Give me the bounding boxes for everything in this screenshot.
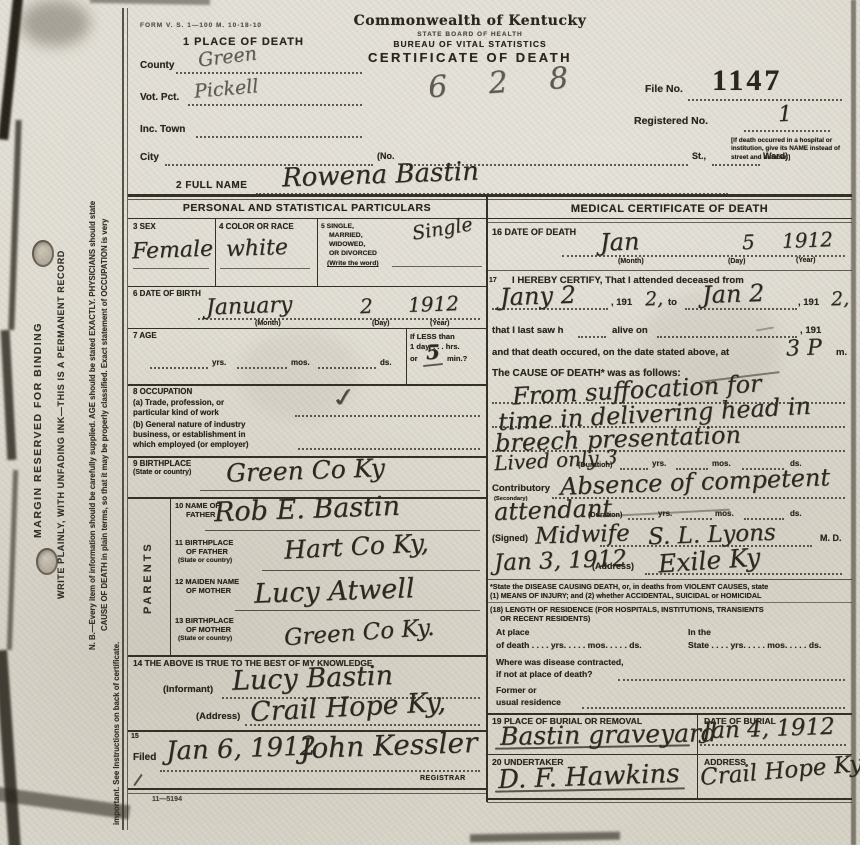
dod-day-sublabel: (Day): [728, 258, 746, 266]
age-yrs-unit: yrs.: [212, 359, 226, 368]
marital-label-2: MARRIED,: [329, 232, 363, 239]
attended-from-year-print: , 191: [611, 298, 632, 308]
row-border: [128, 384, 487, 386]
race-value: white: [226, 237, 289, 261]
former-write-line: [582, 707, 845, 709]
mother-write-line: [235, 610, 480, 611]
cause-footnote-2: (1) MEANS OF INJURY; and (2) whether ACC…: [490, 592, 761, 600]
attended-to-label: to: [668, 298, 677, 308]
race-write-line: [220, 268, 310, 269]
duration2-mos-line: [682, 518, 712, 520]
duration-label-1: (Duration): [578, 461, 612, 469]
attended-from-year-digit: 2,: [645, 290, 664, 310]
age-label: 7 AGE: [133, 332, 157, 341]
mother-birthplace-sublabel: (State or country): [178, 635, 232, 642]
inc-town-label: Inc. Town: [140, 124, 185, 135]
sex-write-line: [133, 268, 209, 269]
filed-section-number: 15: [131, 733, 139, 741]
personal-section-title: PERSONAL AND STATISTICAL PARTICULARS: [128, 203, 486, 215]
bottom-border: [487, 802, 852, 803]
row-border: [128, 793, 487, 794]
death-occured-statement: and that death occured, on the date stat…: [492, 348, 729, 359]
file-no-write-line: [688, 99, 842, 101]
informant-address-write-line: [245, 724, 480, 726]
precinct-write-line: [188, 104, 362, 106]
section-title-rule: [128, 218, 852, 219]
informant-label: (Informant): [163, 685, 213, 695]
age-less-value: 5: [426, 342, 441, 362]
father-name-value: Rob E. Bastin: [214, 493, 401, 526]
filed-date-value: Jan 6, 1912: [166, 733, 317, 764]
registered-no-label: Registered No.: [634, 116, 708, 128]
burial-date-write-line: [700, 744, 846, 746]
occupation-a-label-2: particular kind of work: [133, 409, 219, 418]
row-border: [487, 602, 852, 603]
father-birthplace-label-2: OF FATHER: [186, 548, 228, 556]
father-birthplace-write-line: [262, 570, 480, 571]
cell-border: [317, 219, 318, 286]
row-border: [487, 754, 852, 755]
informant-address-label: (Address): [196, 712, 240, 722]
row-border: [487, 270, 852, 271]
in-the-label-1: In the: [688, 628, 711, 637]
cell-border: [406, 328, 407, 384]
precinct-label: Vot. Pct.: [140, 92, 179, 103]
county-label: County: [140, 60, 174, 71]
city-label: City: [140, 152, 159, 163]
birthplace-value: Green Co Ky: [226, 455, 386, 486]
dob-label: 6 DATE OF BIRTH: [133, 290, 201, 299]
hospital-note: [If death occurred in a hospital or inst…: [731, 137, 849, 162]
bottom-border-heavy: [487, 798, 852, 800]
last-saw-gap-line: [578, 336, 606, 338]
attended-to-year-digit: 2,: [831, 290, 850, 310]
date-of-death-month: Jan: [600, 229, 640, 254]
age-ds-unit: ds.: [380, 359, 392, 368]
death-time-value: 3 P: [786, 337, 823, 360]
last-saw-label-1: that I last saw h: [492, 326, 563, 337]
margin-write-plainly-note: WRITE PLAINLY, WITH UNFADING INK—THIS IS…: [56, 70, 66, 780]
occupation-b-label-2: business, or establishment in: [133, 431, 245, 440]
residence-label-1: (18) LENGTH OF RESIDENCE (FOR HOSPITALS,…: [490, 606, 764, 614]
occupation-a-write-line: [295, 415, 480, 417]
city-ward-write-line: [712, 164, 760, 166]
residence-label-2: OR RECENT RESIDENTS): [500, 615, 590, 623]
former-label-2: usual residence: [496, 698, 561, 707]
occupation-a-label-1: (a) Trade, profession, or: [133, 399, 224, 408]
attended-to-year-print: , 191: [798, 298, 819, 308]
header-divider: [128, 194, 852, 197]
duration2-yrs-line: [628, 518, 654, 520]
inc-town-write-line: [196, 136, 362, 138]
attended-from-value: Jany 2: [500, 283, 577, 310]
margin-nb-note-line3: important. See Instructions on back of c…: [112, 25, 121, 825]
city-st-label: St.,: [692, 152, 706, 162]
certify-section-number: 17: [489, 277, 497, 285]
age-mos-line: [237, 367, 287, 369]
row-border-heavy: [128, 788, 487, 790]
header-divider: [128, 199, 852, 200]
dob-month-value: January: [206, 295, 293, 320]
birthplace-label: 9 BIRTHPLACE: [133, 460, 191, 469]
dob-month-sublabel: (Month): [255, 320, 281, 328]
contracted-label-2: if not at place of death?: [496, 670, 592, 679]
contracted-label-1: Where was disease contracted,: [496, 658, 624, 667]
at-place-label-1: At place: [496, 628, 529, 637]
section-title-rule2: [487, 222, 852, 223]
in-the-label-2: State . . . . yrs. . . . . mos. . . . . …: [688, 641, 821, 650]
mother-birthplace-label-1: 13 BIRTHPLACE: [175, 617, 234, 625]
registrar-signature: John Kessler: [300, 729, 478, 763]
last-saw-write-line: [657, 336, 797, 338]
occupation-b-write-line: [298, 448, 480, 450]
father-birthplace-label-1: 11 BIRTHPLACE: [175, 539, 233, 547]
date-of-death-year: 1912: [782, 229, 834, 251]
parents-cell-border: [170, 497, 171, 655]
contributory-label: Contributory: [492, 484, 550, 495]
filed-write-line: [160, 770, 480, 772]
bureau-heading: BUREAU OF VITAL STATISTICS: [320, 40, 620, 49]
dod-year-sublabel: (Year): [796, 257, 815, 265]
occupation-b-label-3: which employed (or employer): [133, 441, 249, 450]
mother-birthplace-label-2: OF MOTHER: [186, 626, 231, 634]
birthplace-sublabel: (State or country): [133, 469, 191, 477]
row-border: [128, 286, 487, 287]
parents-label: PARENTS: [142, 510, 154, 645]
age-yrs-line: [150, 367, 208, 369]
signed-address-value: Exile Ky: [657, 544, 761, 576]
race-label: 4 COLOR OR RACE: [219, 223, 294, 232]
marital-label-5: (Write the word): [327, 260, 379, 267]
registered-no-write-line: [744, 130, 830, 132]
date-of-death-day: 5: [742, 232, 755, 252]
occupation-a-value: ✓: [329, 384, 359, 413]
dob-day-value: 2: [360, 296, 373, 316]
dob-year-value: 1912: [408, 293, 460, 315]
marital-write-line: [392, 266, 482, 267]
mother-name-value: Lucy Atwell: [254, 575, 415, 608]
file-no-label: File No.: [645, 84, 683, 96]
margin-nb-note-line2: CAUSE OF DEATH in plain terms, so that i…: [100, 25, 109, 825]
sex-label: 3 SEX: [133, 223, 156, 232]
occupation-label: 8 OCCUPATION: [133, 388, 192, 397]
commonwealth-heading: Commonwealth of Kentucky: [320, 14, 620, 29]
registrar-label: REGISTRAR: [420, 775, 466, 783]
signed-address-label: (Address): [592, 562, 634, 572]
occupation-b-label-1: (b) General nature of industry: [133, 421, 245, 430]
former-label-1: Former or: [496, 686, 537, 695]
father-birthplace-value: Hart Co Ky,: [283, 530, 429, 563]
file-no-value: 1147: [712, 64, 782, 97]
duration2-ds-unit: ds.: [790, 510, 802, 519]
scan-right-edge: [851, 0, 856, 845]
dob-day-sublabel: (Day): [372, 320, 390, 328]
marital-label-4: OR DIVORCED: [329, 250, 377, 257]
full-name-label: 2 FULL NAME: [176, 180, 247, 191]
age-ds-line: [318, 367, 376, 369]
row-border: [487, 579, 852, 580]
dod-month-sublabel: (Month): [618, 258, 644, 266]
row-border-heavy: [128, 655, 487, 657]
margin-nb-note-line1: N. B.—Every item of information should b…: [88, 25, 97, 825]
scan-stain: [20, 0, 90, 46]
scanned-death-certificate: MARGIN RESERVED FOR BINDING WRITE PLAINL…: [0, 0, 860, 845]
county-write-line: [176, 72, 362, 74]
signed-address-write-line: [645, 573, 842, 575]
death-time-m-label: m.: [836, 348, 847, 359]
row-border: [128, 328, 487, 329]
medical-section-title: MEDICAL CERTIFICATE OF DEATH: [487, 203, 852, 215]
burial-date-value: Jan 4, 1912: [702, 716, 836, 744]
margin-binding-note: MARGIN RESERVED FOR BINDING: [32, 150, 44, 710]
duration1-yrs-unit: yrs.: [652, 460, 666, 469]
father-write-line: [205, 530, 480, 531]
state-board-heading: STATE BOARD OF HEALTH: [320, 31, 620, 38]
signed-label: (Signed): [492, 534, 528, 544]
cell-border: [215, 219, 216, 286]
form-left-border: [127, 8, 128, 830]
at-place-label-2: of death . . . . yrs. . . . . mos. . . .…: [496, 641, 642, 650]
attended-to-value: Jan 2: [702, 281, 765, 307]
date-of-death-label: 16 DATE OF DEATH: [492, 228, 576, 238]
md-label: M. D.: [820, 534, 842, 544]
dob-year-sublabel: (Year): [430, 320, 449, 328]
sex-value: Female: [132, 239, 214, 264]
mother-name-label-2: OF MOTHER: [186, 587, 231, 595]
birthplace-write-line: [200, 490, 480, 491]
contracted-write-line: [618, 679, 845, 681]
last-saw-label-2: alive on: [612, 326, 648, 337]
father-name-label-2: FATHER: [186, 511, 215, 519]
filed-label: Filed: [133, 752, 156, 763]
duration2-mos-unit: mos.: [715, 510, 734, 519]
cause-footnote-1: *State the DISEASE CAUSING DEATH, or, in…: [490, 583, 768, 591]
full-name-value: Rowena Bastin: [282, 159, 480, 192]
mother-name-label-1: 12 MAIDEN NAME: [175, 578, 239, 586]
form-left-border: [122, 8, 124, 830]
marital-label-3: WIDOWED,: [329, 241, 365, 248]
father-birthplace-sublabel: (State or country): [178, 557, 232, 564]
form-code: 11—5194: [152, 796, 182, 804]
registered-no-value: 1: [778, 104, 793, 126]
marital-label-1: 5 SINGLE,: [321, 223, 354, 230]
age-less-label-3: or: [410, 355, 418, 363]
form-number: FORM V. S. 1—100 M. 10-18-10: [140, 22, 262, 29]
age-mos-unit: mos.: [291, 359, 310, 368]
age-less-label-4: min.?: [447, 355, 467, 363]
